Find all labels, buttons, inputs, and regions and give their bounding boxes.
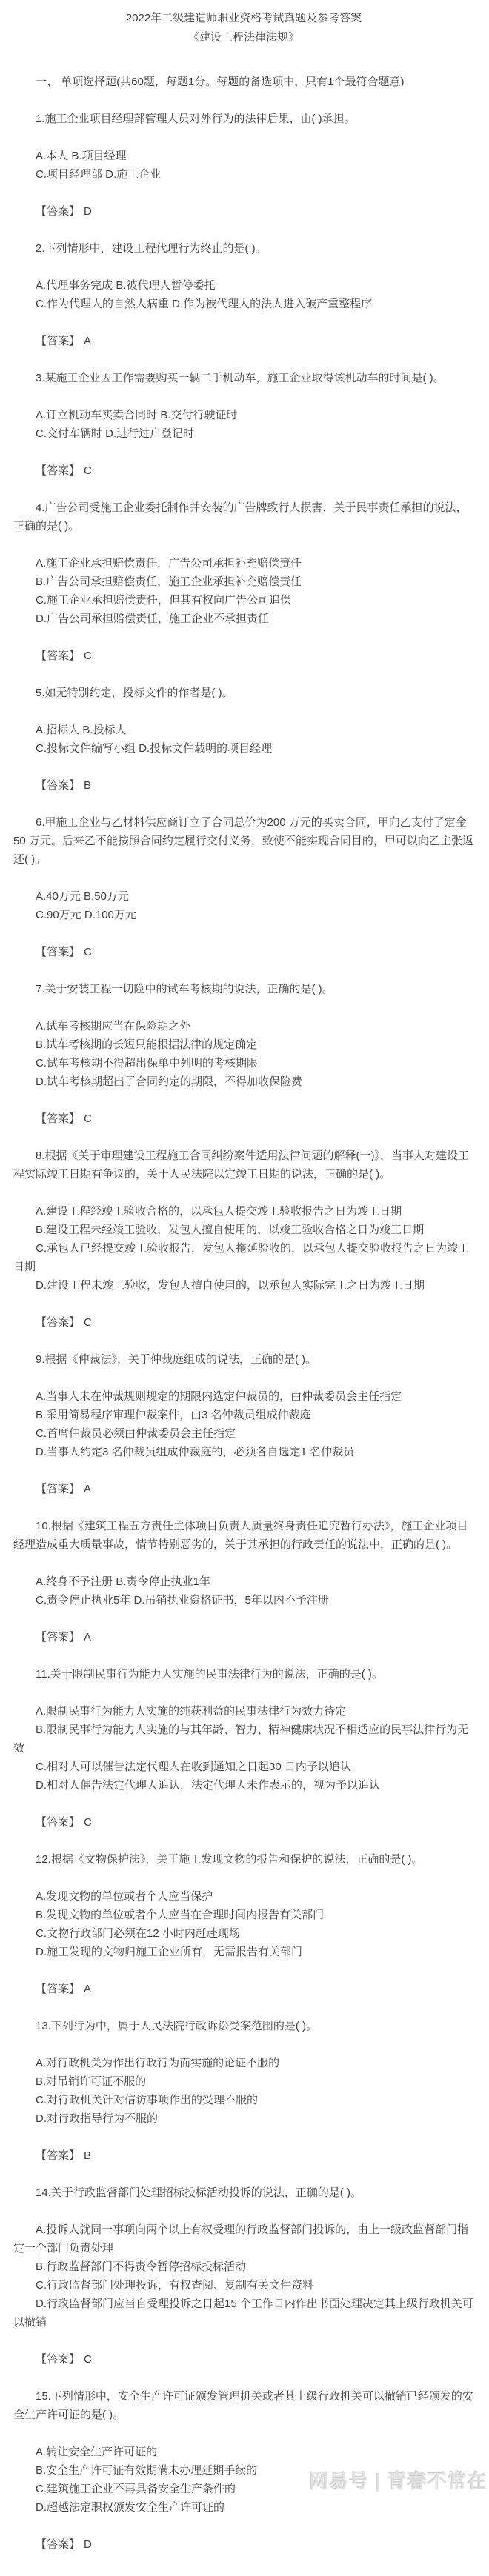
question-stem: 5.如无特别约定，投标文件的作者是( )。 [13, 684, 474, 702]
option-line: A.当事人未在仲裁规则规定的期限内选定仲裁员的，由仲裁委员会主任指定 [13, 1387, 474, 1406]
option-line: A.发现文物的单位或者个人应当保护 [13, 1887, 474, 1906]
option-line: C.承包人已经提交竣工验收报告，发包人拖延验收的，以承包人提交验收报告之日为竣工… [13, 1239, 474, 1276]
question-stem: 12.根据《文物保护法》，关于施工发现文物的报告和保护的说法，正确的是( )。 [13, 1850, 474, 1869]
question-stem: 15.下列情形中，安全生产许可证颁发管理机关或者其上级行政机关可以撤销已经颁发的… [13, 2387, 474, 2424]
answer-line: 【答案】B [13, 776, 474, 795]
answer-value: A [84, 335, 91, 347]
option-group: A.对行政机关为作出行政行为而实施的论证不服的B.对吊销许可证不服的C.对行政机… [13, 2054, 474, 2128]
option-line: B.试车考核期的长短只能根据法律的规定确定 [13, 1035, 474, 1054]
option-line: D.对行政指导行为不服的 [13, 2109, 474, 2128]
answer-label: 【答案】 [36, 1483, 80, 1495]
option-group: A.建设工程经竣工验收合格的，以承包人提交竣工验收报告之日为竣工日期B.建设工程… [13, 1202, 474, 1295]
answer-value: A [84, 1483, 91, 1495]
option-group: A.发现文物的单位或者个人应当保护B.发现文物的单位或者个人应当在合理时间内报告… [13, 1887, 474, 1961]
question-stem: 14.关于行政监督部门处理招标投标活动投诉的说法，正确的是( )。 [13, 2183, 474, 2202]
question-block: 12.根据《文物保护法》，关于施工发现文物的报告和保护的说法，正确的是( )。A… [13, 1850, 474, 1998]
option-line: D.相对人催告法定代理人追认，法定代理人未作表示的，视为予以追认 [13, 1776, 474, 1795]
question-block: 10.根据《建筑工程五方责任主体项目负责人质量终身责任追究暂行办法》，施工企业项… [13, 1517, 474, 1646]
option-line: C.交付车辆时 D.进行过户登记时 [13, 424, 474, 443]
answer-value: B [84, 2149, 91, 2162]
answer-label: 【答案】 [36, 464, 80, 477]
option-line: C.作为代理人的自然人病重 D.作为被代理人的法人进入破产重整程序 [13, 295, 474, 313]
answer-value: D [84, 205, 92, 218]
answer-value: A [84, 1983, 91, 1995]
question-block: 6.甲施工企业与乙材料供应商订立了合同总价为200 万元的买卖合同，甲向乙支付了… [13, 813, 474, 961]
option-line: B.广告公司承担赔偿责任，施工企业承担补充赔偿责任 [13, 573, 474, 591]
option-group: A.本人 B.项目经理C.项目经理部 D.施工企业 [13, 147, 474, 184]
answer-line: 【答案】C [13, 1110, 474, 1128]
option-line: B.对吊销许可证不服的 [13, 2072, 474, 2091]
option-line: D.行政监督部门应当自受理投诉之日起15 个工作日内作出书面处理决定其上级行政机… [13, 2295, 474, 2332]
answer-value: D [84, 2538, 92, 2551]
question-block: 5.如无特别约定，投标文件的作者是( )。A.招标人 B.投标人C.投标文件编写… [13, 684, 474, 795]
question-stem: 13.下列行为中，属于人民法院行政诉讼受案范围的是( )。 [13, 2017, 474, 2035]
question-stem: 3.某施工企业因工作需要购买一辆二手机动车，施工企业取得该机动车的时间是( )。 [13, 369, 474, 387]
option-line: D.超越法定职权颁发安全生产许可证的 [13, 2498, 474, 2517]
answer-label: 【答案】 [36, 650, 80, 662]
question-block: 13.下列行为中，属于人民法院行政诉讼受案范围的是( )。A.对行政机关为作出行… [13, 2017, 474, 2165]
question-stem: 9.根据《仲裁法》，关于仲裁庭组成的说法，正确的是( )。 [13, 1350, 474, 1369]
answer-line: 【答案】C [13, 647, 474, 665]
option-line: B.限制民事行为能力人实施的与其年龄、智力、精神健康状况不相适应的民事法律行为无… [13, 1721, 474, 1758]
question-stem: 8.根据《关于审理建设工程施工合同纠纷案件适用法律问题的解释(一)》，当事人对建… [13, 1147, 474, 1184]
answer-line: 【答案】A [13, 1980, 474, 1998]
option-line: A.订立机动车买卖合同时 B.交付行驶证时 [13, 406, 474, 424]
answer-line: 【答案】D [13, 2535, 474, 2554]
option-line: A.代理事务完成 B.被代理人暂停委托 [13, 276, 474, 295]
option-group: A.终身不予注册 B.责令停止执业1年C.责令停止执业5年 D.吊销执业资格证书… [13, 1572, 474, 1609]
answer-label: 【答案】 [36, 2149, 80, 2162]
question-block: 1.施工企业项目经理部管理人员对外行为的法律后果，由( )承担。A.本人 B.项… [13, 110, 474, 221]
option-line: C.投标文件编写小组 D.投标文件载明的项目经理 [13, 739, 474, 758]
answer-value: C [84, 1816, 92, 1829]
question-block: 8.根据《关于审理建设工程施工合同纠纷案件适用法律问题的解释(一)》，当事人对建… [13, 1147, 474, 1332]
option-group: A.当事人未在仲裁规则规定的期限内选定仲裁员的，由仲裁委员会主任指定B.采用简易… [13, 1387, 474, 1461]
option-line: A.限制民事行为能力人实施的纯获利益的民事法律行为效力待定 [13, 1702, 474, 1721]
answer-value: C [84, 1112, 92, 1125]
question-block: 3.某施工企业因工作需要购买一辆二手机动车，施工企业取得该机动车的时间是( )。… [13, 369, 474, 480]
option-line: A.40万元 B.50万元 [13, 887, 474, 906]
option-group: A.投诉人就同一事项向两个以上有权受理的行政监督部门投诉的，由上一级政监督部门指… [13, 2220, 474, 2332]
answer-label: 【答案】 [36, 1316, 80, 1329]
option-line: C.文物行政部门必须在12 小时内赶赴现场 [13, 1924, 474, 1943]
option-line: A.终身不予注册 B.责令停止执业1年 [13, 1572, 474, 1591]
question-block: 4.广告公司受施工企业委托制作并安装的广告牌致行人损害，关于民事责任承担的说法，… [13, 498, 474, 665]
option-group: A.限制民事行为能力人实施的纯获利益的民事法律行为效力待定B.限制民事行为能力人… [13, 1702, 474, 1795]
question-block: 7.关于安装工程一切险中的试车考核期的说法，正确的是( )。A.试车考核期应当在… [13, 980, 474, 1128]
answer-label: 【答案】 [36, 2538, 80, 2551]
option-line: C.对行政机关针对信访事项作出的受理不服的 [13, 2091, 474, 2109]
option-line: C.施工企业承担赔偿责任，但其有权向广告公司追偿 [13, 591, 474, 610]
answer-value: C [84, 650, 92, 662]
option-group: A.40万元 B.50万元C.90万元 D.100万元 [13, 887, 474, 924]
option-line: B.发现文物的单位或者个人应当在合理时间内报告有关部门 [13, 1906, 474, 1924]
option-line: D.广告公司承担赔偿责任，施工企业不承担责任 [13, 610, 474, 628]
answer-label: 【答案】 [36, 205, 80, 218]
answer-label: 【答案】 [36, 946, 80, 958]
answer-label: 【答案】 [36, 1112, 80, 1125]
answer-line: 【答案】A [13, 1480, 474, 1498]
option-line: C.行政监督部门处理投诉，有权查阅、复制有关文件资料 [13, 2276, 474, 2295]
answer-line: 【答案】D [13, 202, 474, 221]
option-line: A.投诉人就同一事项向两个以上有权受理的行政监督部门投诉的，由上一级政监督部门指… [13, 2220, 474, 2258]
answer-label: 【答案】 [36, 1816, 80, 1829]
question-stem: 4.广告公司受施工企业委托制作并安装的广告牌致行人损害，关于民事责任承担的说法，… [13, 498, 474, 535]
option-line: A.试车考核期应当在保险期之外 [13, 1017, 474, 1035]
option-line: C.90万元 D.100万元 [13, 906, 474, 924]
option-line: A.建设工程经竣工验收合格的，以承包人提交竣工验收报告之日为竣工日期 [13, 1202, 474, 1221]
answer-value: B [84, 779, 91, 792]
question-stem: 2.下列情形中，建设工程代理行为终止的是( )。 [13, 239, 474, 258]
question-block: 9.根据《仲裁法》，关于仲裁庭组成的说法，正确的是( )。A.当事人未在仲裁规则… [13, 1350, 474, 1498]
section-heading: 一、 单项选择题(共60题，每题1分。每题的备选项中，只有1个最符合题意) [13, 73, 474, 91]
page-title: 2022年二级建造师职业资格考试真题及参考答案 [13, 9, 474, 28]
page-subtitle: 《建设工程法律法规》 [13, 28, 474, 47]
option-line: A.转让安全生产许可证的 [13, 2443, 474, 2461]
option-line: C.责令停止执业5年 D.吊销执业资格证书，5年以内不予注册 [13, 1591, 474, 1609]
answer-value: A [84, 1631, 91, 1644]
option-group: A.施工企业承担赔偿责任，广告公司承担补充赔偿责任B.广告公司承担赔偿责任，施工… [13, 554, 474, 628]
answer-line: 【答案】C [13, 461, 474, 480]
option-group: A.招标人 B.投标人C.投标文件编写小组 D.投标文件载明的项目经理 [13, 721, 474, 758]
option-line: C.项目经理部 D.施工企业 [13, 165, 474, 184]
option-line: D.试车考核期超出了合同约定的期限，不得加收保险费 [13, 1072, 474, 1091]
question-list: 1.施工企业项目经理部管理人员对外行为的法律后果，由( )承担。A.本人 B.项… [13, 110, 474, 2554]
option-line: C.相对人可以催告法定代理人在收到通知之日起30 日内予以追认 [13, 1758, 474, 1776]
option-line: B.采用简易程序审理仲裁案件，由3 名仲裁员组成仲裁庭 [13, 1406, 474, 1424]
watermark: 网易号 | 青春不常在 [309, 2466, 488, 2494]
option-group: A.订立机动车买卖合同时 B.交付行驶证时C.交付车辆时 D.进行过户登记时 [13, 406, 474, 443]
option-line: A.本人 B.项目经理 [13, 147, 474, 165]
answer-label: 【答案】 [36, 1631, 80, 1644]
answer-value: C [84, 464, 92, 477]
answer-value: C [84, 2353, 92, 2366]
option-group: A.代理事务完成 B.被代理人暂停委托C.作为代理人的自然人病重 D.作为被代理… [13, 276, 474, 313]
option-group: A.试车考核期应当在保险期之外B.试车考核期的长短只能根据法律的规定确定C.试车… [13, 1017, 474, 1091]
option-line: A.招标人 B.投标人 [13, 721, 474, 739]
option-line: A.对行政机关为作出行政行为而实施的论证不服的 [13, 2054, 474, 2072]
answer-line: 【答案】B [13, 2146, 474, 2165]
answer-label: 【答案】 [36, 2353, 80, 2366]
answer-line: 【答案】C [13, 943, 474, 961]
answer-label: 【答案】 [36, 335, 80, 347]
answer-value: C [84, 946, 92, 958]
option-line: A.施工企业承担赔偿责任，广告公司承担补充赔偿责任 [13, 554, 474, 573]
watermark-text: 网易号 | 青春不常在 [309, 2470, 488, 2492]
answer-line: 【答案】C [13, 2350, 474, 2369]
answer-value: C [84, 1316, 92, 1329]
question-stem: 7.关于安装工程一切险中的试车考核期的说法，正确的是( )。 [13, 980, 474, 998]
answer-line: 【答案】C [13, 1813, 474, 1832]
option-line: B.行政监督部门不得责令暂停招标投标活动 [13, 2258, 474, 2276]
question-stem: 6.甲施工企业与乙材料供应商订立了合同总价为200 万元的买卖合同，甲向乙支付了… [13, 813, 474, 869]
question-block: 14.关于行政监督部门处理招标投标活动投诉的说法，正确的是( )。A.投诉人就同… [13, 2183, 474, 2369]
exam-document: 2022年二级建造师职业资格考试真题及参考答案 《建设工程法律法规》 一、 单项… [0, 0, 489, 2576]
option-line: D.施工发现的文物归施工企业所有，无需报告有关部门 [13, 1943, 474, 1961]
answer-line: 【答案】A [13, 1628, 474, 1646]
option-line: B.建设工程未经竣工验收，发包人擅自使用的，以竣工验收合格之日为竣工日期 [13, 1221, 474, 1239]
question-block: 2.下列情形中，建设工程代理行为终止的是( )。A.代理事务完成 B.被代理人暂… [13, 239, 474, 350]
answer-line: 【答案】C [13, 1313, 474, 1332]
option-line: C.试车考核期不得超出保单中列明的考核期限 [13, 1054, 474, 1072]
question-stem: 11.关于限制民事行为能力人实施的民事法律行为的说法，正确的是( )。 [13, 1665, 474, 1684]
question-block: 11.关于限制民事行为能力人实施的民事法律行为的说法，正确的是( )。A.限制民… [13, 1665, 474, 1832]
option-line: D.当事人约定3 名仲裁员组成仲裁庭的，必须各自选定1 名仲裁员 [13, 1443, 474, 1461]
option-line: C.首席仲裁员必须由仲裁委员会主任指定 [13, 1424, 474, 1443]
answer-label: 【答案】 [36, 1983, 80, 1995]
option-line: D.建设工程未竣工验收，发包人擅自使用的，以承包人实际完工之日为竣工日期 [13, 1276, 474, 1295]
question-stem: 10.根据《建筑工程五方责任主体项目负责人质量终身责任追究暂行办法》，施工企业项… [13, 1517, 474, 1554]
answer-line: 【答案】A [13, 332, 474, 350]
question-stem: 1.施工企业项目经理部管理人员对外行为的法律后果，由( )承担。 [13, 110, 474, 128]
answer-label: 【答案】 [36, 779, 80, 792]
